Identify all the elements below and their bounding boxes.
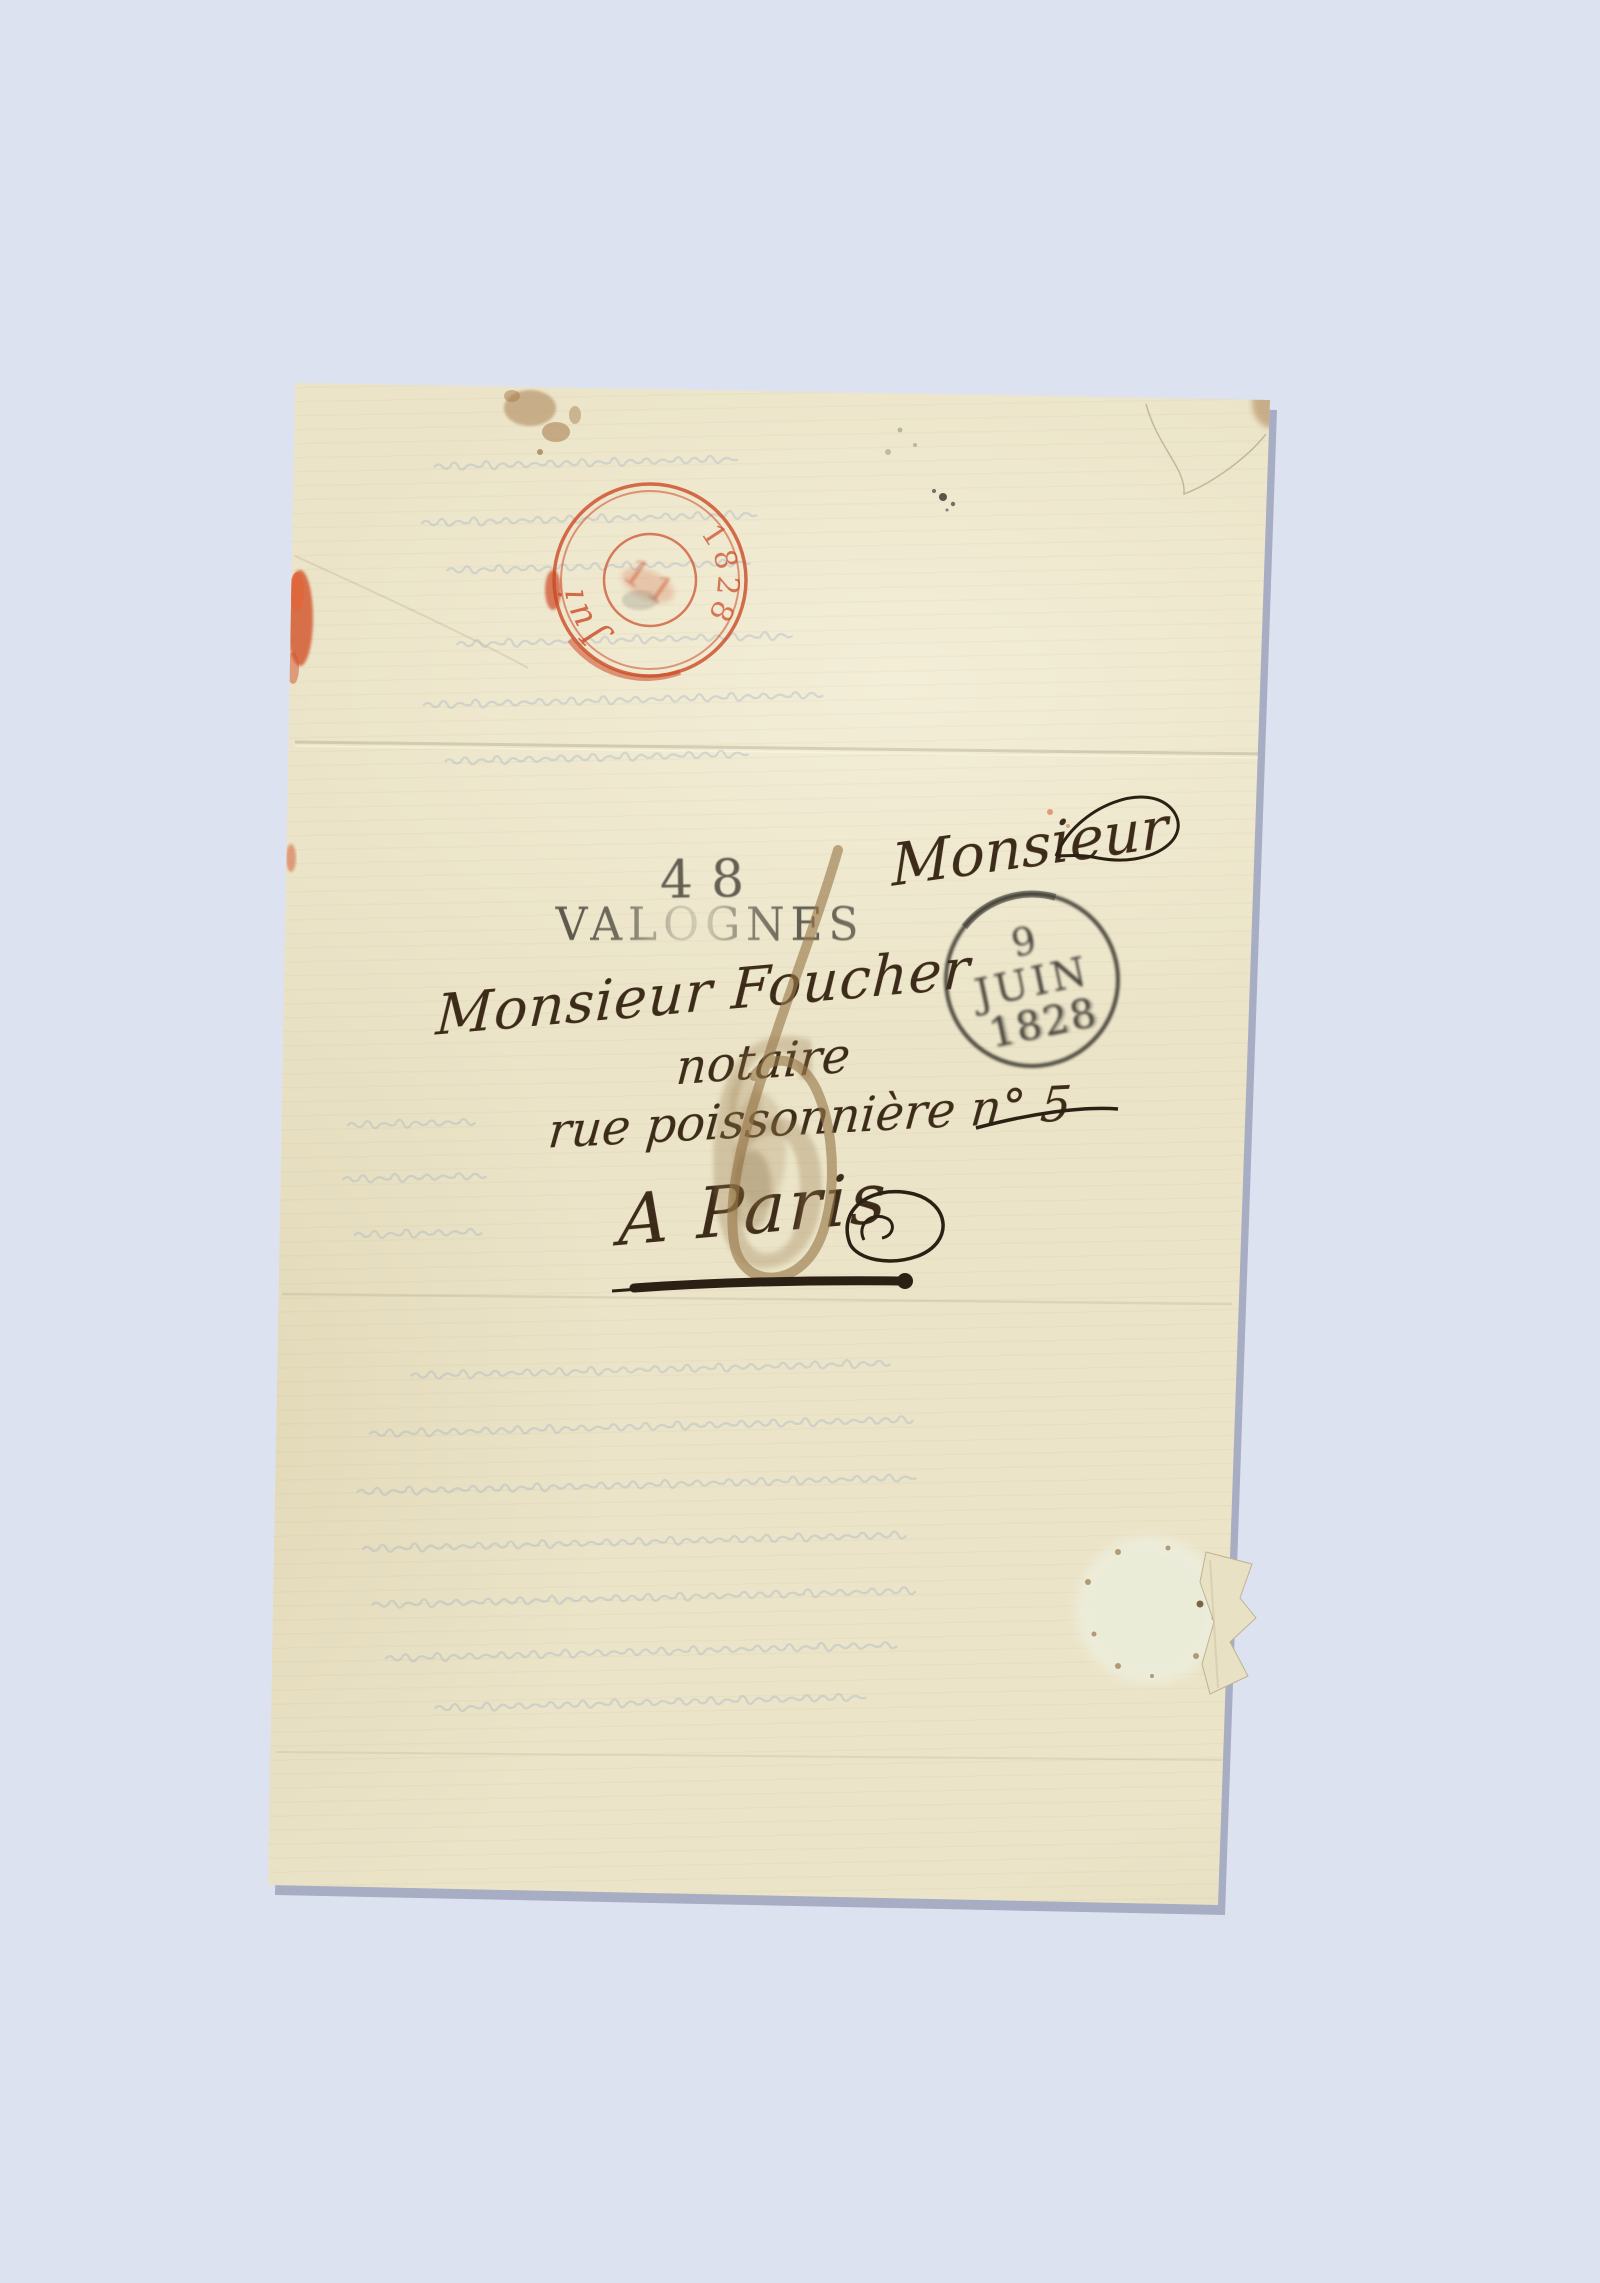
bleedthrough-line <box>385 1641 897 1662</box>
arrival-postmark-month: Juin <box>0 0 617 658</box>
bleedthrough-line <box>357 1473 917 1496</box>
bleedthrough-line <box>362 1531 906 1553</box>
bleedthrough-line <box>434 1693 866 1712</box>
departure-postmark-cds: 9 JUIN 1828 <box>930 878 1134 1082</box>
bleedthrough-line <box>354 1228 482 1239</box>
bleedthrough-line <box>423 691 823 710</box>
bleedthrough-text <box>324 451 923 1714</box>
ink-speck <box>939 493 947 501</box>
arrival-postmark-red: Juin 1828 11 <box>0 0 746 678</box>
red-ink-smudge-left-2 <box>286 844 296 872</box>
corner-stain <box>1252 376 1292 428</box>
bleedthrough-line <box>347 1118 475 1129</box>
street-line-flourish <box>976 1108 1118 1128</box>
corner-tear-crease <box>1146 404 1266 494</box>
bleedthrough-line <box>372 1586 916 1608</box>
bleedthrough-line <box>445 750 749 766</box>
svg-text:Juin: Juin <box>0 0 617 658</box>
bleedthrough-line <box>457 631 793 648</box>
seal-area <box>1076 1536 1256 1694</box>
salutation-flourish <box>1056 797 1178 860</box>
bleedthrough-line <box>411 1359 891 1380</box>
bleedthrough-line <box>369 1415 913 1437</box>
bleedthrough-line <box>343 1172 487 1184</box>
photo-background: 48 VALOGNES Monsieur Monsieur Foucher no… <box>0 0 1600 2283</box>
postal-markings-overlay: Juin 1828 11 9 JUIN 1828 6 <box>0 0 1600 2283</box>
rate-mark-6: 6 <box>672 850 862 1342</box>
bleedthrough-line <box>447 558 751 574</box>
bleedthrough-line <box>434 455 738 471</box>
